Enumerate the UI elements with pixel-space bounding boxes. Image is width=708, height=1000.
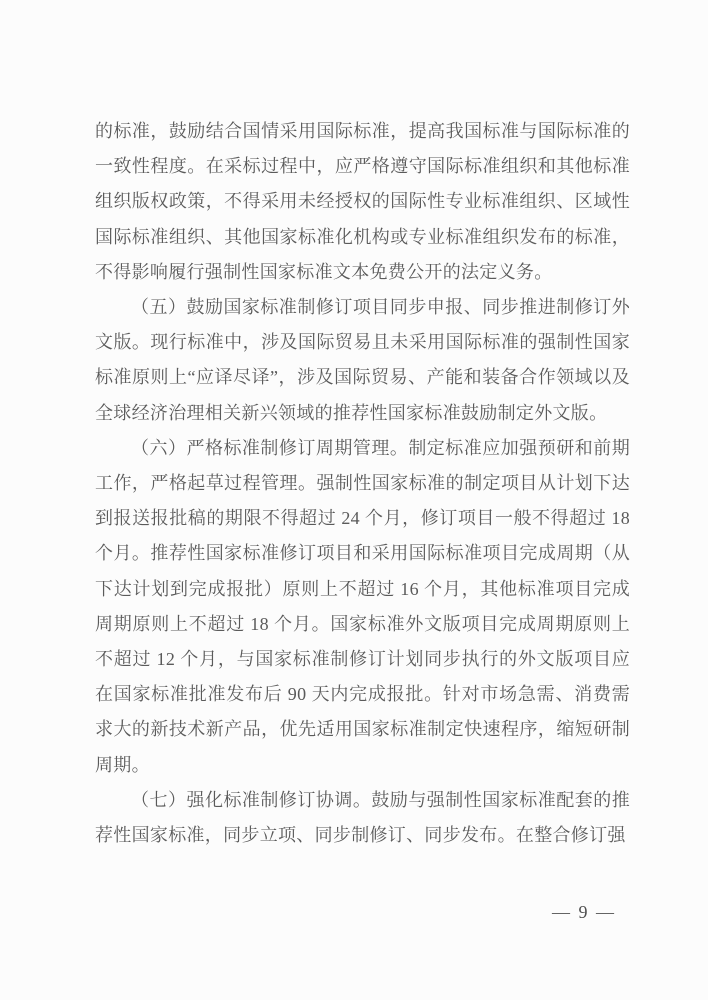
page: 的标准，鼓励结合国情采用国际标准，提高我国标准与国际标准的一致性程度。在采标过程… <box>0 0 708 1000</box>
paragraph: （六）严格标准制修订周期管理。制定标准应加强预研和前期工作，严格起草过程管理。强… <box>95 431 630 783</box>
text-block: 的标准，鼓励结合国情采用国际标准，提高我国标准与国际标准的一致性程度。在采标过程… <box>95 114 630 853</box>
page-number: — 9 — <box>552 900 616 924</box>
paragraph: 的标准，鼓励结合国情采用国际标准，提高我国标准与国际标准的一致性程度。在采标过程… <box>95 114 630 290</box>
paragraph: （五）鼓励国家标准制修订项目同步申报、同步推进制修订外文版。现行标准中，涉及国际… <box>95 290 630 431</box>
document-page: { "page": { "background_color": "#fcfcfc… <box>0 0 708 1000</box>
paragraph: （七）强化标准制修订协调。鼓励与强制性国家标准配套的推荐性国家标准，同步立项、同… <box>95 783 630 853</box>
